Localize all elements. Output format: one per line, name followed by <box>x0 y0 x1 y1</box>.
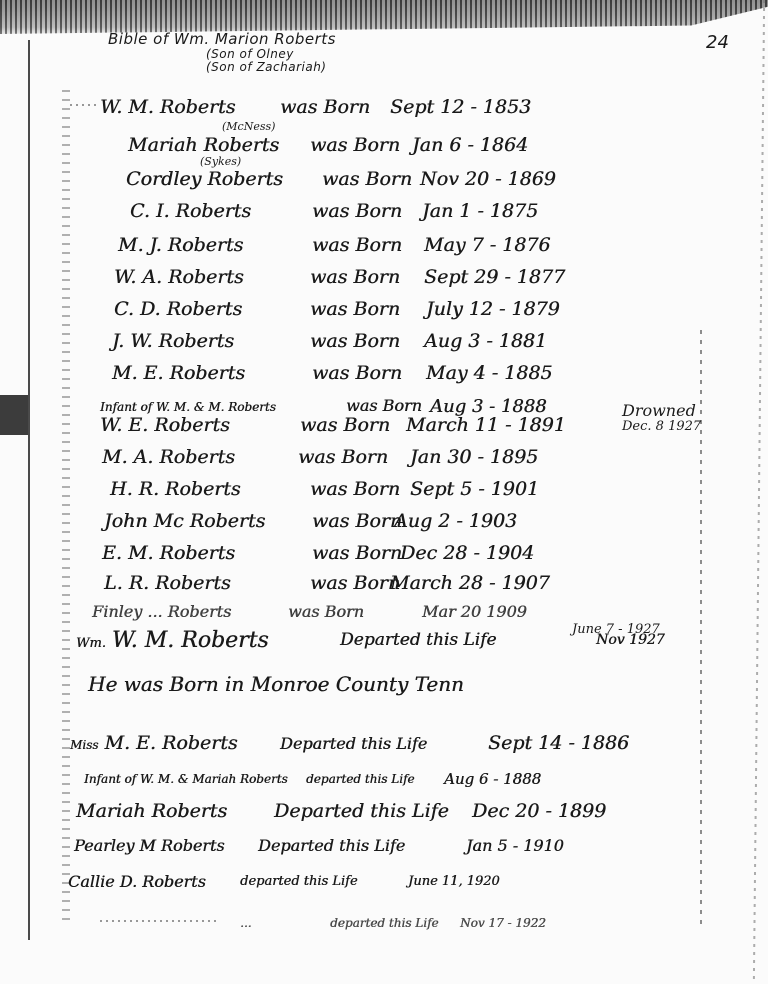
entry-date: Mar 20 1909 <box>422 602 527 621</box>
death-entry-faint: ... departed this Life Nov 17 - 1922 <box>240 916 251 930</box>
scan-dark-tab <box>0 395 28 435</box>
birth-entry: M. J. Roberts was Born May 7 - 1876 <box>118 234 243 256</box>
entry-name: Mariah Roberts <box>128 134 279 156</box>
entry-date: Nov 1927 <box>596 632 665 648</box>
entry-verb: was Born <box>346 396 422 415</box>
entry-name: W. E. Roberts <box>100 414 230 436</box>
death-entry: Pearley M Roberts Departed this Life Jan… <box>74 836 225 855</box>
entry-date: July 12 - 1879 <box>426 298 560 320</box>
birth-entry: L. R. Roberts was Born March 28 - 1907 <box>104 572 231 594</box>
entry-date: March 11 - 1891 <box>406 414 566 436</box>
birth-entry: J. W. Roberts was Born Aug 3 - 1881 <box>112 330 234 352</box>
entry-prefix: Miss <box>70 738 98 752</box>
entry-verb: was Born <box>310 298 400 320</box>
death-entry: Miss M. E. Roberts Departed this Life Se… <box>70 732 238 754</box>
entry-name: ... <box>240 916 251 930</box>
entry-date: Jan 6 - 1864 <box>412 134 528 156</box>
entry-name: C. D. Roberts <box>114 298 242 320</box>
entry-name: W. M. Roberts <box>100 96 235 118</box>
entry-name: E. M. Roberts <box>102 542 235 564</box>
birth-entry: John Mc Roberts was Born Aug 2 - 1903 <box>104 510 265 532</box>
page-number: 24 <box>706 32 729 53</box>
entry-verb: departed this Life <box>240 874 358 889</box>
scan-shadow-band <box>0 0 768 34</box>
page-right-edge <box>753 0 765 984</box>
entry-verb: was Born <box>312 542 402 564</box>
entry-verb: Departed this Life <box>280 734 427 753</box>
entry-verb: was Born <box>310 330 400 352</box>
birth-entry: Mariah Roberts was Born Jan 6 - 1864 <box>128 134 279 156</box>
entry-name: M. J. Roberts <box>118 234 243 256</box>
birth-entry: Cordley Roberts was Born Nov 20 - 1869 <box>126 168 283 190</box>
entry-date: March 28 - 1907 <box>390 572 550 594</box>
page-left-rule <box>28 40 30 940</box>
entry-name: M. E. Roberts <box>112 362 245 384</box>
birth-entry: W. E. Roberts was Born March 11 - 1891 <box>100 414 230 436</box>
entry-verb: was Born <box>298 446 388 468</box>
entry-name: Infant of W. M. & Mariah Roberts <box>84 772 288 786</box>
entry-date: Nov 20 - 1869 <box>420 168 556 190</box>
entry-name: John Mc Roberts <box>104 510 265 532</box>
entry-verb: was Born <box>322 168 412 190</box>
entry-verb: was Born <box>312 362 402 384</box>
death-entry: Wm. W. M. Roberts Departed this Life Nov… <box>76 628 269 653</box>
birth-entry: H. R. Roberts was Born Sept 5 - 1901 <box>110 478 241 500</box>
entry-date: Aug 3 - 1881 <box>424 330 547 352</box>
entry-prefix: Wm. <box>76 636 106 651</box>
entry-verb: was Born <box>288 602 364 621</box>
birth-entry: C. D. Roberts was Born July 12 - 1879 <box>114 298 242 320</box>
entry-name: Infant of W. M. & M. Roberts <box>100 400 276 414</box>
entry-date: May 4 - 1885 <box>426 362 553 384</box>
entry-date: Dec 20 - 1899 <box>472 800 606 822</box>
ink-speckle <box>70 104 100 106</box>
entry-verb: departed this Life <box>306 772 415 786</box>
birth-entry: W. A. Roberts was Born Sept 29 - 1877 <box>114 266 244 288</box>
birth-entry: Infant of W. M. & M. Roberts was Born Au… <box>100 400 276 414</box>
entry-date: Jan 30 - 1895 <box>410 446 538 468</box>
entry-verb: was Born <box>300 414 390 436</box>
document-header: Bible of Wm. Marion Roberts (Son of Olne… <box>108 30 336 74</box>
entry-name: L. R. Roberts <box>104 572 231 594</box>
entry-verb: Departed this Life <box>340 630 496 650</box>
entry-name: Cordley Roberts <box>126 168 283 190</box>
entry-verb: was Born <box>310 478 400 500</box>
side-note-line-1: Drowned <box>622 403 701 419</box>
entry-date: Sept 29 - 1877 <box>424 266 565 288</box>
entry-verb: Departed this Life <box>258 836 405 855</box>
entry-name: Pearley M Roberts <box>74 836 225 855</box>
entry-date: Nov 17 - 1922 <box>460 916 546 930</box>
entry-date: Sept 14 - 1886 <box>488 732 629 754</box>
entry-verb: was Born <box>312 234 402 256</box>
entry-name: H. R. Roberts <box>110 478 241 500</box>
birth-entry: C. I. Roberts was Born Jan 1 - 1875 <box>130 200 251 222</box>
entry-verb: was Born <box>312 510 402 532</box>
entry-verb: departed this Life <box>330 916 439 930</box>
header-lineage-2: (Son of Zachariah) <box>206 61 336 74</box>
entry-date: Sept 5 - 1901 <box>410 478 539 500</box>
entry-verb: was Born <box>312 200 402 222</box>
maiden-name-note: (McNess) <box>222 120 275 133</box>
entry-date: Aug 2 - 1903 <box>394 510 517 532</box>
entry-name: W. M. Roberts <box>112 628 269 653</box>
header-title: Bible of Wm. Marion Roberts <box>108 30 336 48</box>
margin-speckle <box>62 90 70 920</box>
entry-verb: was Born <box>310 134 400 156</box>
entry-verb: Departed this Life <box>274 800 449 822</box>
entry-date: Sept 12 - 1853 <box>390 96 531 118</box>
entry-name: C. I. Roberts <box>130 200 251 222</box>
entry-verb: was Born <box>280 96 370 118</box>
birth-entry: E. M. Roberts was Born Dec 28 - 1904 <box>102 542 235 564</box>
entry-name: Mariah Roberts <box>76 800 227 822</box>
death-entry: Infant of W. M. & Mariah Roberts departe… <box>84 772 288 786</box>
side-note-line-2: Dec. 8 1927 <box>622 419 701 435</box>
birth-entry: M. A. Roberts was Born Jan 30 - 1895 <box>102 446 235 468</box>
entry-date: Jan 5 - 1910 <box>466 836 564 855</box>
entry-date: Dec 28 - 1904 <box>400 542 534 564</box>
entry-date: June 11, 1920 <box>408 874 500 889</box>
maiden-name-note: (Sykes) <box>200 155 241 168</box>
death-entry: Mariah Roberts Departed this Life Dec 20… <box>76 800 227 822</box>
entry-name: M. E. Roberts <box>105 732 238 754</box>
birth-entry: W. M. Roberts was Born Sept 12 - 1853 <box>100 96 235 118</box>
entry-verb: was Born <box>310 266 400 288</box>
entry-name: Callie D. Roberts <box>68 872 206 891</box>
entry-name: Finley ... Roberts <box>92 602 231 621</box>
birthplace-line: He was Born in Monroe County Tenn <box>88 672 464 696</box>
entry-verb: was Born <box>310 572 400 594</box>
birth-entry: M. E. Roberts was Born May 4 - 1885 <box>112 362 245 384</box>
entry-name: M. A. Roberts <box>102 446 235 468</box>
entry-name: W. A. Roberts <box>114 266 244 288</box>
birth-entry-faint: Finley ... Roberts was Born Mar 20 1909 <box>92 602 231 621</box>
ink-speckle <box>100 920 220 922</box>
entry-date: Aug 6 - 1888 <box>444 770 541 788</box>
death-entry: Callie D. Roberts departed this Life Jun… <box>68 872 206 891</box>
entry-date: Jan 1 - 1875 <box>422 200 538 222</box>
drowned-annotation: Drowned Dec. 8 1927 <box>622 403 701 435</box>
entry-date: May 7 - 1876 <box>424 234 551 256</box>
entry-name: J. W. Roberts <box>112 330 234 352</box>
